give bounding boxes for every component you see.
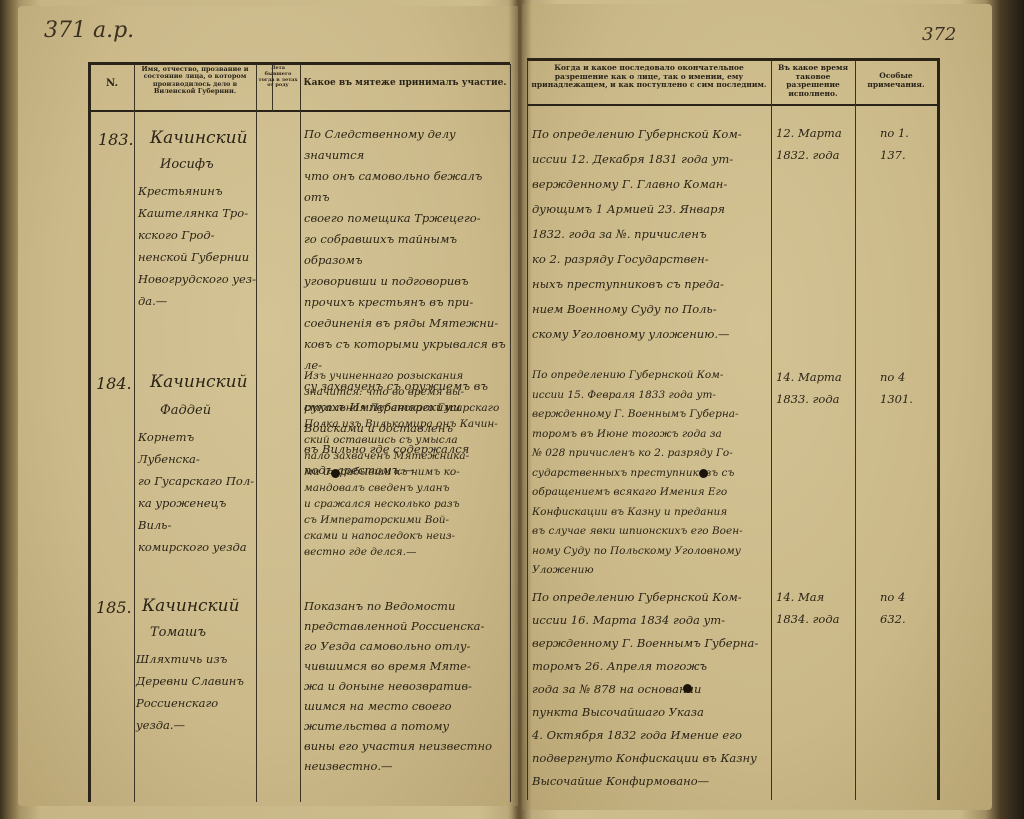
entry-surname: Качинский bbox=[150, 128, 248, 148]
book-gutter bbox=[508, 0, 532, 819]
entry-notes: по 4 1301. bbox=[880, 366, 930, 410]
entry-executed: 12. Марта 1832. года bbox=[776, 122, 854, 166]
entry-resolution: По определению Губернской Ком- иссии 15.… bbox=[532, 366, 772, 581]
entry-surname: Качинский bbox=[142, 596, 240, 616]
right-border bbox=[937, 58, 940, 800]
entry-participation: Показанъ по Ведомости представленной Рос… bbox=[304, 596, 510, 776]
entry-executed: 14. Марта 1833. года bbox=[776, 366, 854, 410]
header-age: Лета бывшего тогда в летах от роду bbox=[258, 66, 298, 89]
header-notes: Особые примечания. bbox=[857, 72, 935, 89]
entry-status: Корнетъ Лубенска- го Гусарскаго Пол- ка … bbox=[138, 426, 256, 558]
entry-first-name: Фаддей bbox=[160, 400, 211, 422]
ink-blot bbox=[683, 684, 692, 693]
header-participation: Какое въ мятеже принималъ участие. bbox=[302, 78, 508, 88]
ink-blot bbox=[699, 469, 708, 478]
col-divider bbox=[300, 64, 301, 802]
open-book: 371 a.p. 372 N. Имя, отчество, прозвание… bbox=[0, 0, 1024, 819]
entry-number: 184. bbox=[96, 374, 132, 393]
header-number: N. bbox=[92, 78, 132, 90]
entry-executed: 14. Мая 1834. года bbox=[776, 586, 854, 630]
entry-status: Крестьянинъ Каштелянка Тро- кского Грод-… bbox=[138, 180, 256, 312]
left-page-number: 371 a.p. bbox=[44, 18, 134, 43]
entry-surname: Качинский bbox=[150, 372, 248, 392]
entry-number: 185. bbox=[96, 598, 132, 617]
entry-notes: по 4 632. bbox=[880, 586, 930, 630]
header-name: Имя, отчество, прозвание и состояние лиц… bbox=[136, 66, 254, 96]
ink-blot bbox=[331, 469, 340, 478]
col-divider bbox=[510, 64, 511, 802]
entry-resolution: По определению Губернской Ком- иссии 12.… bbox=[532, 122, 772, 347]
right-header-rule bbox=[527, 104, 937, 106]
col-divider bbox=[256, 64, 257, 802]
left-header-rule bbox=[88, 110, 510, 112]
right-page-number: 372 bbox=[922, 24, 956, 45]
entry-notes: по 1. 137. bbox=[880, 122, 930, 166]
col-divider bbox=[527, 60, 528, 800]
left-border bbox=[88, 62, 91, 802]
col-divider bbox=[134, 64, 135, 802]
header-resolution: Когда и какое последовало окончательное … bbox=[529, 64, 769, 90]
header-executed: Въ какое время таковое разрешение исполн… bbox=[773, 64, 853, 99]
entry-first-name: Иосифъ bbox=[160, 154, 214, 176]
right-top-rule bbox=[527, 58, 937, 61]
entry-first-name: Томашъ bbox=[150, 622, 206, 644]
entry-number: 183. bbox=[98, 130, 134, 149]
entry-participation: Изъ учиненнаго розыскания значится: что … bbox=[304, 368, 510, 560]
col-divider bbox=[855, 60, 856, 800]
entry-resolution: По определению Губернской Ком- иссии 16.… bbox=[532, 586, 772, 793]
entry-status: Шляхтичь изъ Деревни Славинъ Россиенскаг… bbox=[136, 648, 256, 736]
